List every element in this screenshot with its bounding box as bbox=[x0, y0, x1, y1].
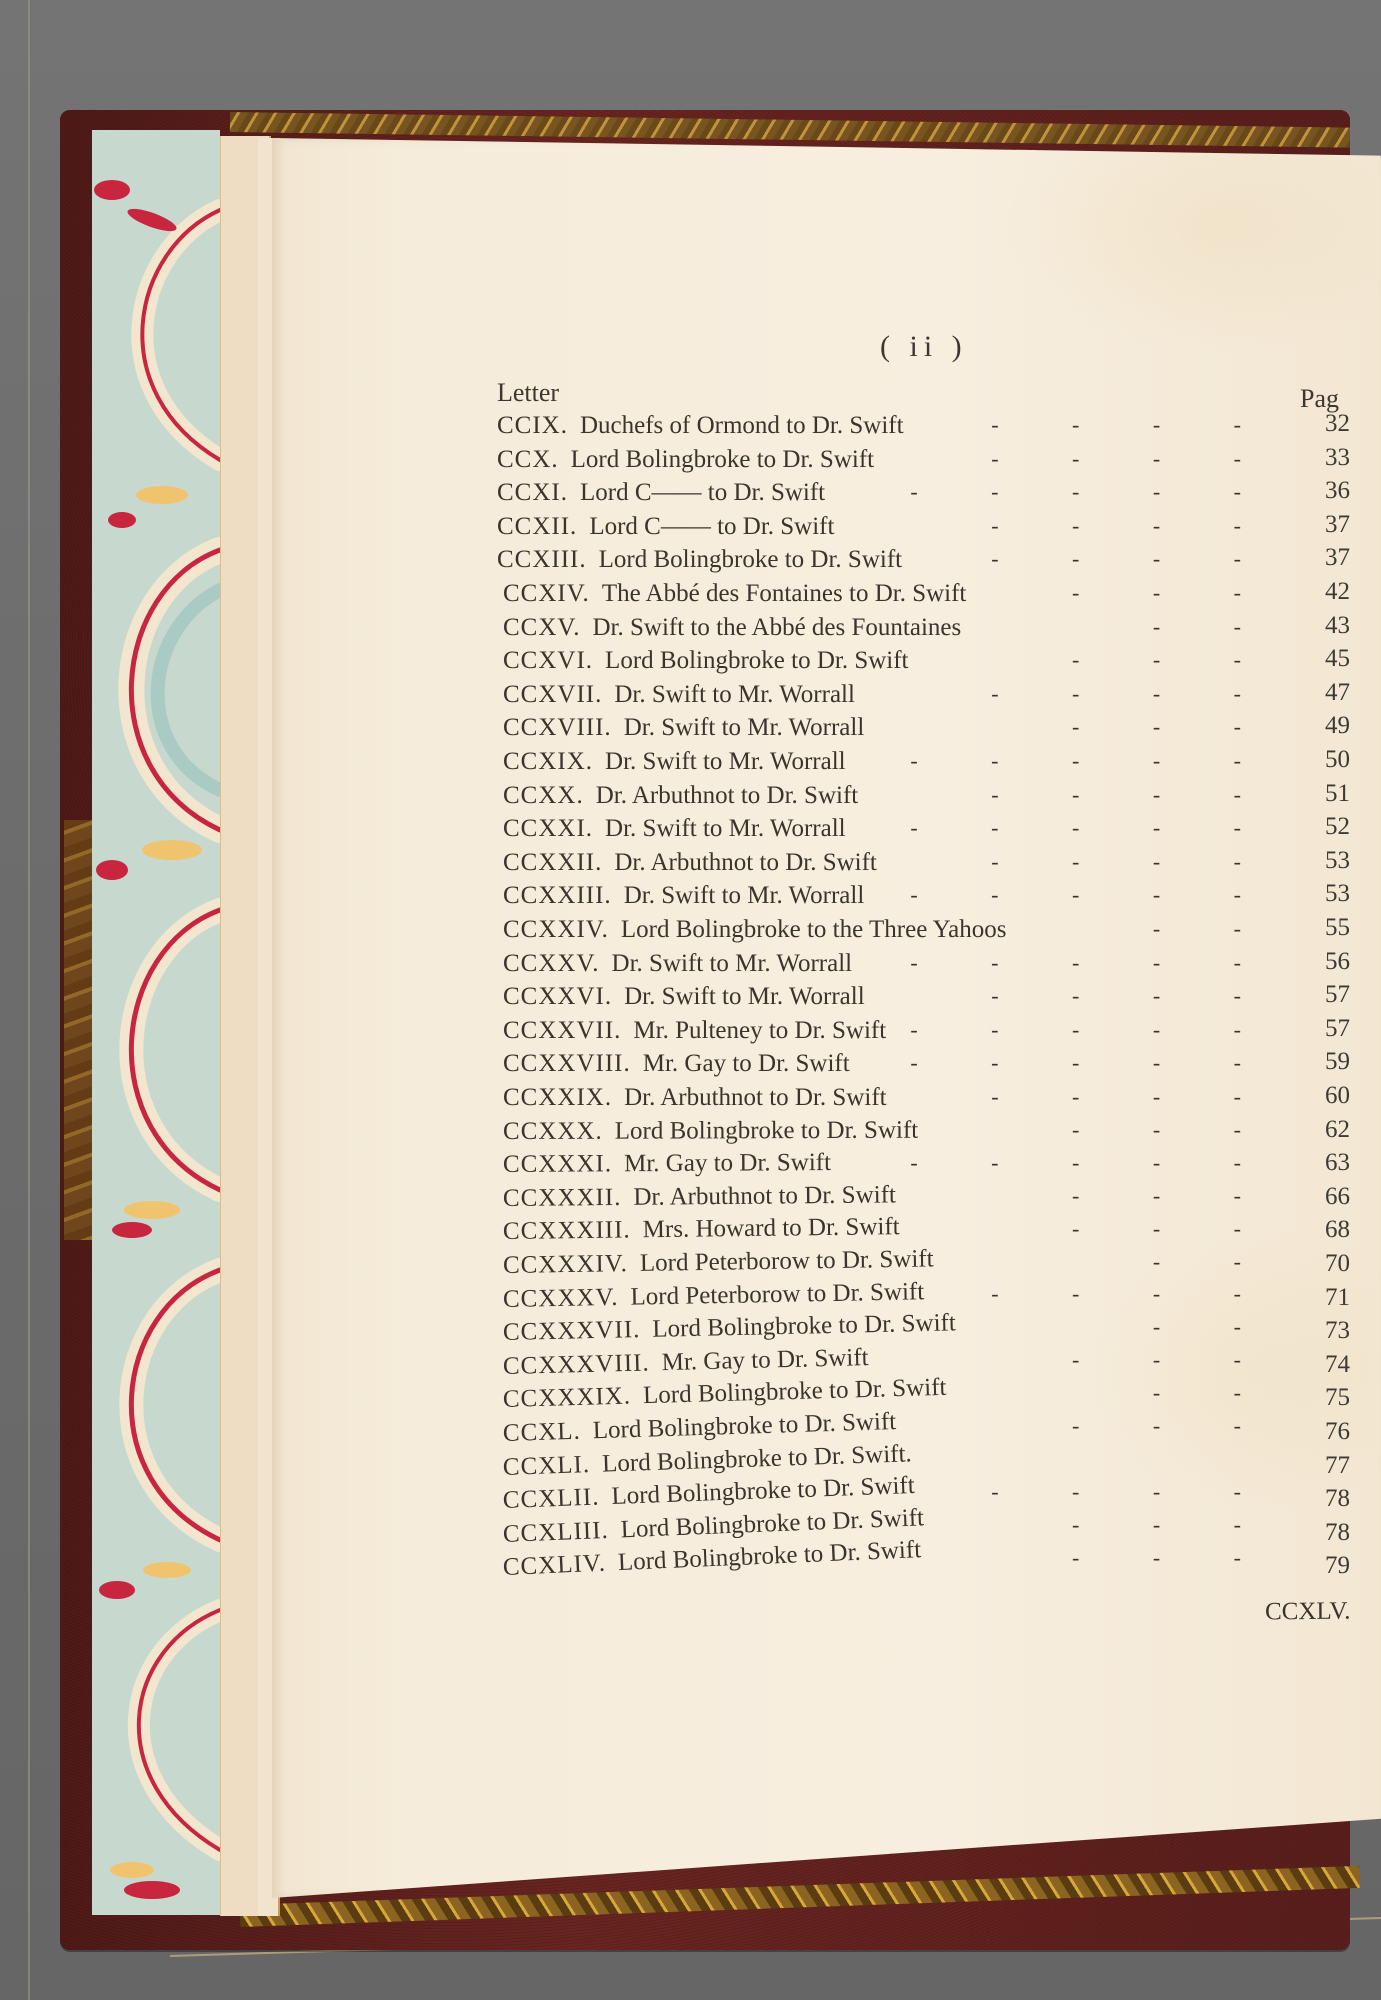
toc-letter-number: CCXVII. bbox=[503, 681, 602, 709]
toc-letter-title: Lord C—— to Dr. Swift bbox=[580, 479, 825, 507]
toc-letter-title: Mr. Gay to Dr. Swift bbox=[661, 1344, 869, 1377]
toc-letter-title: Lord C—— to Dr. Swift bbox=[589, 513, 834, 541]
toc-letter-number: CCXII. bbox=[497, 513, 577, 541]
toc-entry: CCXXI.Dr. Swift to Mr. Worrall bbox=[503, 815, 846, 847]
toc-entry: CCXXIX.Dr. Arbuthnot to Dr. Swift bbox=[503, 1084, 887, 1116]
toc-letter-number: CCXXXII. bbox=[503, 1184, 622, 1213]
toc-letter-number: CCXXXIV. bbox=[503, 1250, 628, 1280]
catchword: CCXLV. bbox=[1265, 1598, 1351, 1627]
toc-letter-number: CCXXIV. bbox=[503, 916, 609, 944]
toc-entry: CCXXIII.Dr. Swift to Mr. Worrall bbox=[503, 882, 864, 914]
column-header-letter: Letter bbox=[497, 378, 559, 408]
toc-letter-number: CCXL. bbox=[503, 1418, 582, 1448]
toc-letter-number: CCXLI. bbox=[502, 1451, 590, 1482]
toc-entry: CCXX.Dr. Arbuthnot to Dr. Swift bbox=[503, 782, 858, 814]
toc-letter-title: Lord Bolingbroke to Dr. Swift bbox=[652, 1310, 956, 1344]
toc-entry: CCXXVII.Mr. Pulteney to Dr. Swift bbox=[503, 1017, 886, 1049]
toc-letter-number: CCXXII. bbox=[503, 849, 602, 877]
toc-letter-number: CCXIX. bbox=[503, 748, 593, 776]
toc-letter-number: CCXI. bbox=[497, 479, 568, 507]
toc-entry: CCXXV.Dr. Swift to Mr. Worrall bbox=[503, 950, 852, 982]
toc-letter-title: Lord Bolingbroke to Dr. Swift bbox=[605, 647, 908, 675]
toc-letter-number: CCXXIII. bbox=[503, 882, 612, 910]
toc-letter-title: Dr. Swift to Mr. Worrall bbox=[605, 815, 846, 843]
toc-letter-title: Dr. Swift to Mr. Worrall bbox=[624, 983, 865, 1011]
toc-entry: CCX.Lord Bolingbroke to Dr. Swift bbox=[497, 446, 874, 478]
toc-letter-number: CCXXXI. bbox=[503, 1151, 612, 1180]
toc-entry: CCXII.Lord C—— to Dr. Swift bbox=[497, 513, 834, 545]
toc-entry: CCIX.Duchefs of Ormond to Dr. Swift bbox=[497, 412, 904, 444]
toc-entry: CCXIV.The Abbé des Fontaines to Dr. Swif… bbox=[503, 580, 966, 612]
toc-letter-title: Dr. Swift to Mr. Worrall bbox=[605, 748, 846, 776]
toc-letter-number: CCXV. bbox=[503, 614, 581, 642]
toc-letter-number: CCXXVI. bbox=[503, 983, 612, 1011]
toc-letter-number: CCXXXVIII. bbox=[503, 1349, 650, 1381]
toc-letter-title: Mr. Pulteney to Dr. Swift bbox=[633, 1017, 886, 1045]
toc-letter-number: CCXLIII. bbox=[502, 1517, 609, 1549]
toc-letter-number: CCXXV. bbox=[503, 950, 600, 978]
toc-entry: CCXVI.Lord Bolingbroke to Dr. Swift bbox=[503, 647, 909, 679]
toc-letter-number: CCIX. bbox=[497, 412, 568, 440]
toc-letter-title: Dr. Swift to Mr. Worrall bbox=[624, 882, 865, 910]
toc-letter-title: Mr. Gay to Dr. Swift bbox=[624, 1149, 831, 1178]
toc-entry: CCXXIV.Lord Bolingbroke to the Three Yah… bbox=[503, 916, 1006, 948]
toc-entry: CCXXVIII.Mr. Gay to Dr. Swift bbox=[503, 1050, 850, 1082]
toc-letter-title: Lord Bolingbroke to Dr. Swift bbox=[571, 446, 874, 474]
toc-letter-number: CCXVI. bbox=[503, 647, 593, 675]
toc-entry: CCXXXIV.Lord Peterborow to Dr. Swift bbox=[503, 1245, 934, 1284]
running-head: ( ii ) bbox=[880, 330, 968, 364]
column-header-page: Pag bbox=[1300, 384, 1339, 414]
toc-entry: CCXXX.Lord Bolingbroke to Dr. Swift bbox=[503, 1116, 918, 1149]
toc-entry: CCXXII.Dr. Arbuthnot to Dr. Swift bbox=[503, 849, 877, 881]
toc-letter-title: Duchefs of Ormond to Dr. Swift bbox=[580, 412, 904, 440]
toc-letter-number: CCXXX. bbox=[503, 1117, 603, 1145]
toc-letter-number: CCXXXIII. bbox=[503, 1217, 631, 1247]
toc-letter-number: CCXXXVII. bbox=[503, 1316, 641, 1347]
toc-entry: CCXIII.Lord Bolingbroke to Dr. Swift bbox=[497, 546, 902, 578]
toc-entry: CCXXVI.Dr. Swift to Mr. Worrall bbox=[503, 983, 865, 1015]
toc-entry: CCXI.Lord C—— to Dr. Swift bbox=[497, 479, 825, 511]
toc-letter-title: Dr. Arbuthnot to Dr. Swift bbox=[624, 1084, 887, 1112]
marble-pattern-icon bbox=[92, 130, 220, 1915]
toc-letter-title: Lord Bolingbroke to Dr. Swift bbox=[615, 1116, 919, 1145]
toc-entry: CCXVII.Dr. Swift to Mr. Worrall bbox=[503, 681, 855, 713]
toc-letter-title: Lord Bolingbroke to the Three Yahoos bbox=[621, 916, 1007, 944]
toc-letter-number: CCX. bbox=[497, 446, 559, 474]
toc-letter-number: CCXXXIX. bbox=[503, 1383, 632, 1415]
toc-letter-number: CCXXXV. bbox=[503, 1283, 619, 1313]
toc-letter-number: CCXLIV. bbox=[502, 1550, 606, 1582]
toc-letter-number: CCXVIII. bbox=[503, 714, 612, 742]
toc-letter-title: Lord Bolingbroke to Dr. Swift bbox=[599, 546, 902, 574]
toc-letter-number: CCXX. bbox=[503, 782, 584, 810]
toc-letter-number: CCXIII. bbox=[497, 546, 587, 574]
toc-letter-title: Lord Peterborow to Dr. Swift bbox=[640, 1245, 934, 1277]
toc-letter-title: The Abbé des Fontaines to Dr. Swift bbox=[602, 580, 967, 608]
marbled-endpaper bbox=[92, 130, 220, 1915]
toc-letter-number: CCXXVII. bbox=[503, 1017, 621, 1045]
toc-letter-title: Mr. Gay to Dr. Swift bbox=[643, 1050, 850, 1078]
toc-letter-number: CCXIV. bbox=[503, 580, 590, 608]
toc-letter-number: CCXXIX. bbox=[503, 1084, 612, 1112]
toc-letter-title: Dr. Arbuthnot to Dr. Swift bbox=[633, 1181, 896, 1211]
toc-letter-title: Dr. Swift to the Abbé des Fountaines bbox=[593, 614, 962, 642]
toc-entry: CCXVIII.Dr. Swift to Mr. Worrall bbox=[503, 714, 864, 746]
toc-entry: CCXXXIII.Mrs. Howard to Dr. Swift bbox=[503, 1214, 900, 1251]
toc-letter-title: Lord Peterborow to Dr. Swift bbox=[630, 1278, 924, 1311]
toc-entry: CCXXXII.Dr. Arbuthnot to Dr. Swift bbox=[503, 1181, 896, 1217]
toc-entry: CCXIX.Dr. Swift to Mr. Worrall bbox=[503, 748, 846, 780]
toc-entry: CCXV.Dr. Swift to the Abbé des Fountaine… bbox=[503, 614, 961, 646]
toc-entry: CCXXXI.Mr. Gay to Dr. Swift bbox=[503, 1149, 831, 1183]
toc-letter-number: CCXLII. bbox=[502, 1484, 600, 1516]
mount-line-vertical bbox=[28, 0, 30, 2000]
toc-letter-title: Dr. Swift to Mr. Worrall bbox=[614, 681, 855, 709]
toc-letter-title: Dr. Arbuthnot to Dr. Swift bbox=[596, 782, 859, 810]
toc-letter-title: Dr. Swift to Mr. Worrall bbox=[624, 714, 865, 742]
toc-letter-number: CCXXVIII. bbox=[503, 1050, 631, 1078]
toc-letter-number: CCXXI. bbox=[503, 815, 593, 843]
toc-letter-title: Mrs. Howard to Dr. Swift bbox=[643, 1214, 900, 1245]
toc-letter-title: Dr. Arbuthnot to Dr. Swift bbox=[614, 849, 877, 877]
toc-letter-title: Dr. Swift to Mr. Worrall bbox=[612, 950, 853, 978]
